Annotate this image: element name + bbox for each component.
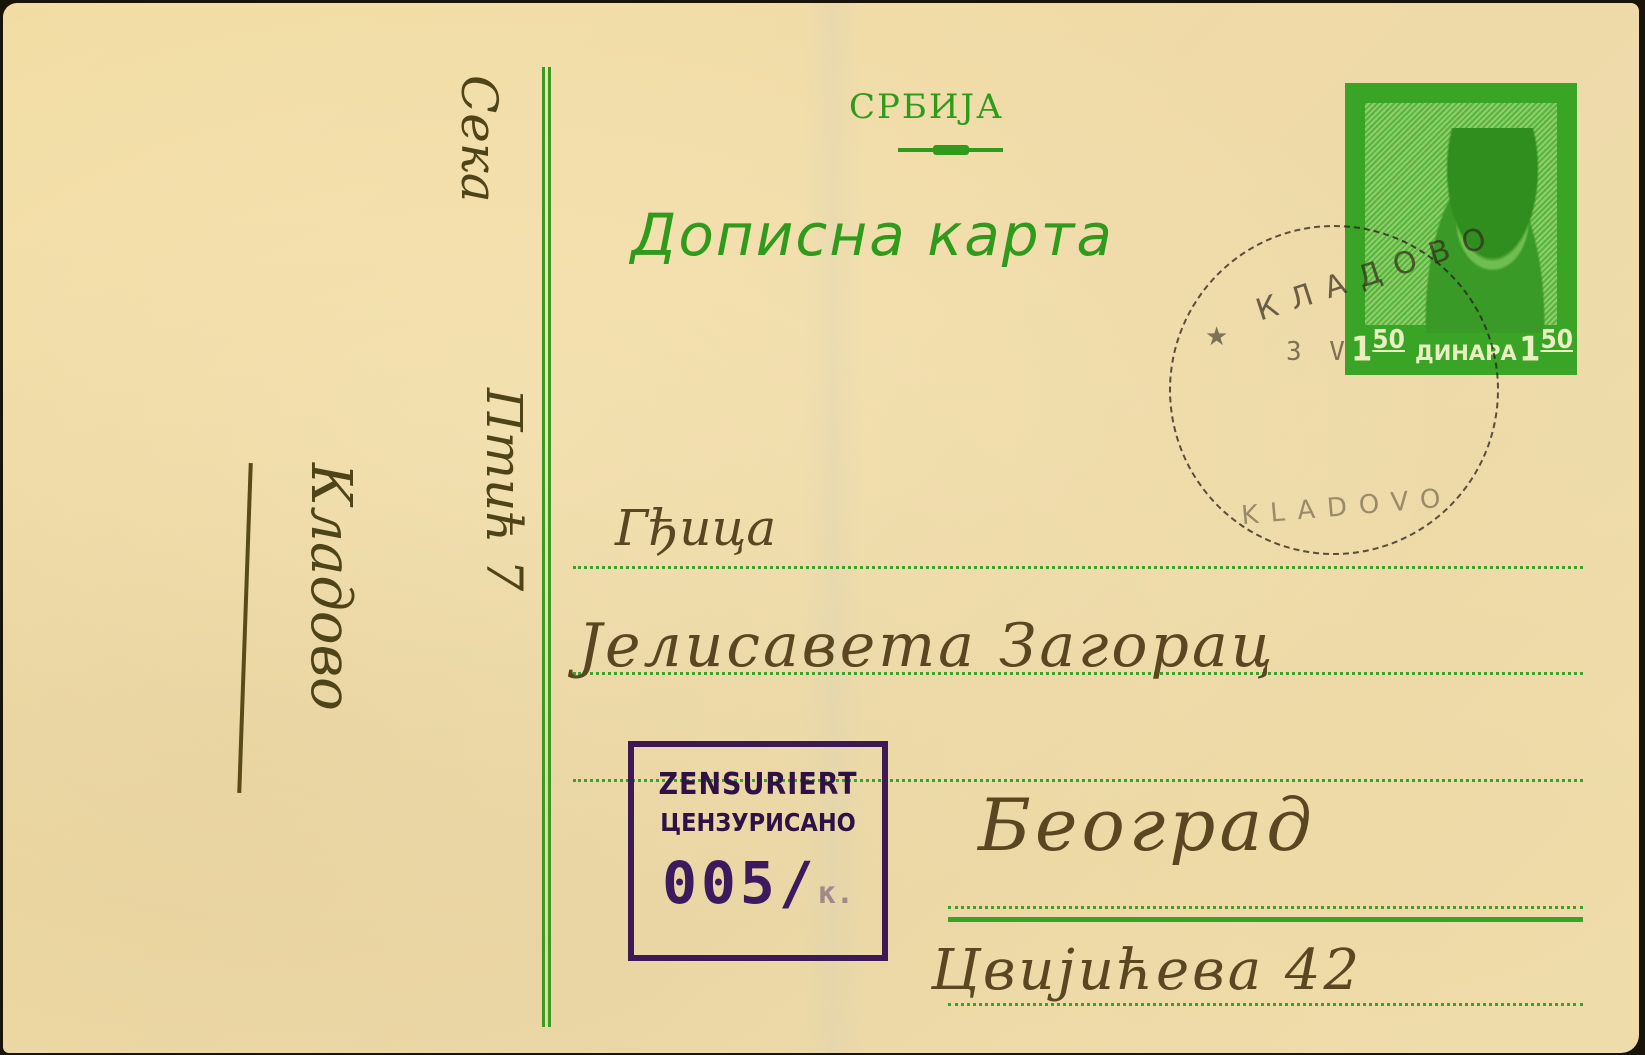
- recipient-street: Цвијићева 42: [931, 938, 1362, 1003]
- star-icon: ★: [1205, 322, 1228, 352]
- censor-line-serbian: ЦЕНЗУРИСАНО: [634, 808, 882, 837]
- postcard: СРБИЈА Дописна карта 150 ДИНАРА 150 КЛАД…: [3, 3, 1639, 1053]
- address-line-1: [573, 566, 1583, 569]
- recipient-city: Београд: [978, 783, 1316, 867]
- recipient-salutation: Гђица: [615, 499, 776, 557]
- sender-underline: [237, 463, 253, 793]
- sender-name: Сека: [450, 75, 508, 203]
- address-line-4: [948, 906, 1583, 909]
- postmark-cancellation: КЛАДОВО ★ 3 V KLADOVO: [1169, 225, 1499, 555]
- censor-line-german: ZENSURIERT: [634, 767, 882, 802]
- stamp-value-right-int: 1: [1519, 329, 1540, 369]
- address-line-5: [948, 1003, 1583, 1006]
- postmark-date: 3 V: [1286, 337, 1351, 367]
- recipient-name: Јелисавета Загорац: [578, 611, 1276, 681]
- country-heading: СРБИЈА: [849, 87, 1004, 127]
- censor-number: 005/к.: [634, 849, 882, 917]
- censor-number-value: 005/: [662, 849, 818, 917]
- censor-stamp: ZENSURIERT ЦЕНЗУРИСАНО 005/к.: [628, 741, 888, 961]
- censor-number-suffix: к.: [818, 876, 854, 911]
- card-type-title: Дописна карта: [631, 201, 1114, 269]
- address-line-city-underline: [948, 917, 1583, 922]
- sender-town: Кладово: [298, 463, 363, 711]
- ornament-divider: [898, 148, 1003, 152]
- vertical-divider-line: [542, 67, 551, 1027]
- stamp-value-right-frac: 50: [1540, 325, 1573, 355]
- stamp-value-right: 150: [1519, 325, 1573, 369]
- sender-address: Птић 7: [475, 388, 533, 591]
- postmark-town-latin: KLADOVO: [1240, 483, 1454, 531]
